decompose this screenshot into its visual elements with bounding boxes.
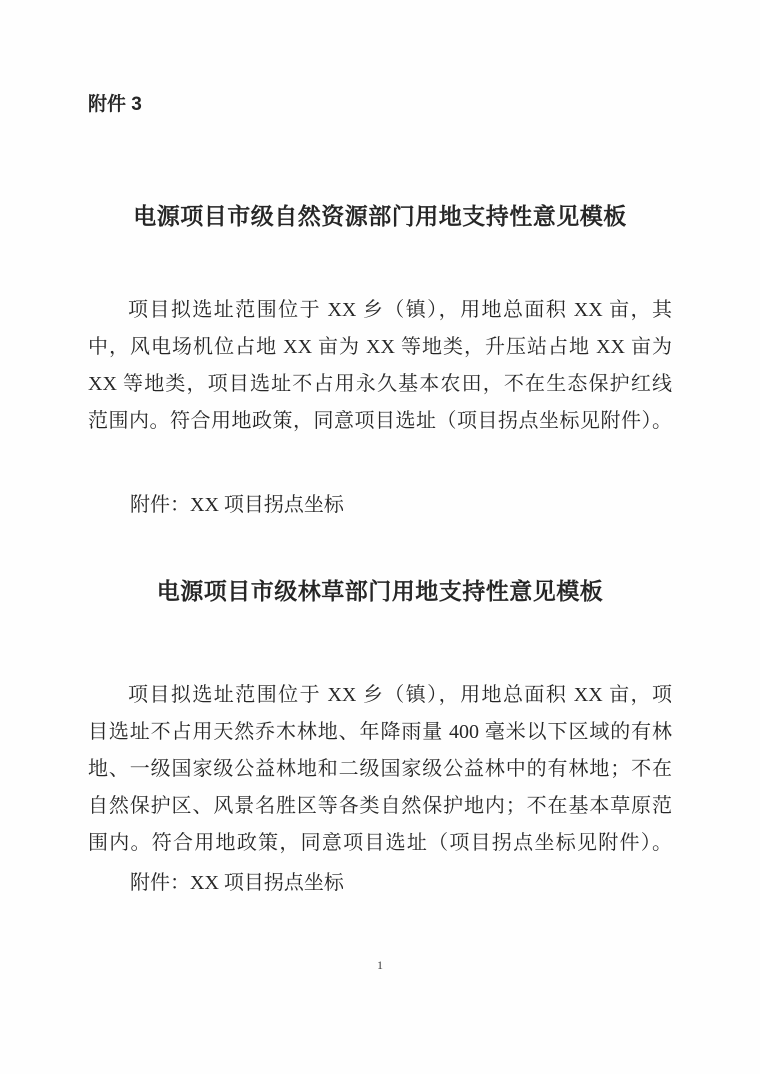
section1-attachment-reference: 附件：XX 项目拐点坐标 (88, 490, 672, 520)
section2-attachment-reference: 附件：XX 项目拐点坐标 (88, 868, 672, 898)
section2-paragraph: 项目拟选址范围位于 XX 乡（镇），用地总面积 XX 亩，项 目选址不占用天然乔… (88, 677, 672, 862)
section1-title: 电源项目市级自然资源部门用地支持性意见模板 (88, 200, 672, 234)
attachment-number-label: 附件 3 (88, 92, 672, 118)
section2-title: 电源项目市级林草部门用地支持性意见模板 (88, 575, 672, 609)
paragraph-line: 项目拟选址范围位于 XX 乡（镇），用地总面积 XX 亩，项 (88, 677, 672, 714)
paragraph-line: 地、一级国家级公益林地和二级国家级公益林中的有林地；不在 (88, 751, 672, 788)
paragraph-line: 项目拟选址范围位于 XX 乡（镇），用地总面积 XX 亩，其 (88, 292, 672, 329)
document-page: 附件 3 电源项目市级自然资源部门用地支持性意见模板 项目拟选址范围位于 XX … (0, 0, 760, 1074)
paragraph-line: 中，风电场机位占地 XX 亩为 XX 等地类，升压站占地 XX 亩为 (88, 329, 672, 366)
paragraph-line: 围内。符合用地政策，同意项目选址（项目拐点坐标见附件）。 (88, 825, 672, 862)
paragraph-line: XX 等地类，项目选址不占用永久基本农田，不在生态保护红线 (88, 366, 672, 403)
paragraph-line: 目选址不占用天然乔木林地、年降雨量 400 毫米以下区域的有林 (88, 714, 672, 751)
paragraph-line: 范围内。符合用地政策，同意项目选址（项目拐点坐标见附件）。 (88, 403, 672, 440)
paragraph-line: 自然保护区、风景名胜区等各类自然保护地内；不在基本草原范 (88, 788, 672, 825)
page-number: 1 (0, 956, 760, 974)
section1-paragraph: 项目拟选址范围位于 XX 乡（镇），用地总面积 XX 亩，其 中，风电场机位占地… (88, 292, 672, 440)
